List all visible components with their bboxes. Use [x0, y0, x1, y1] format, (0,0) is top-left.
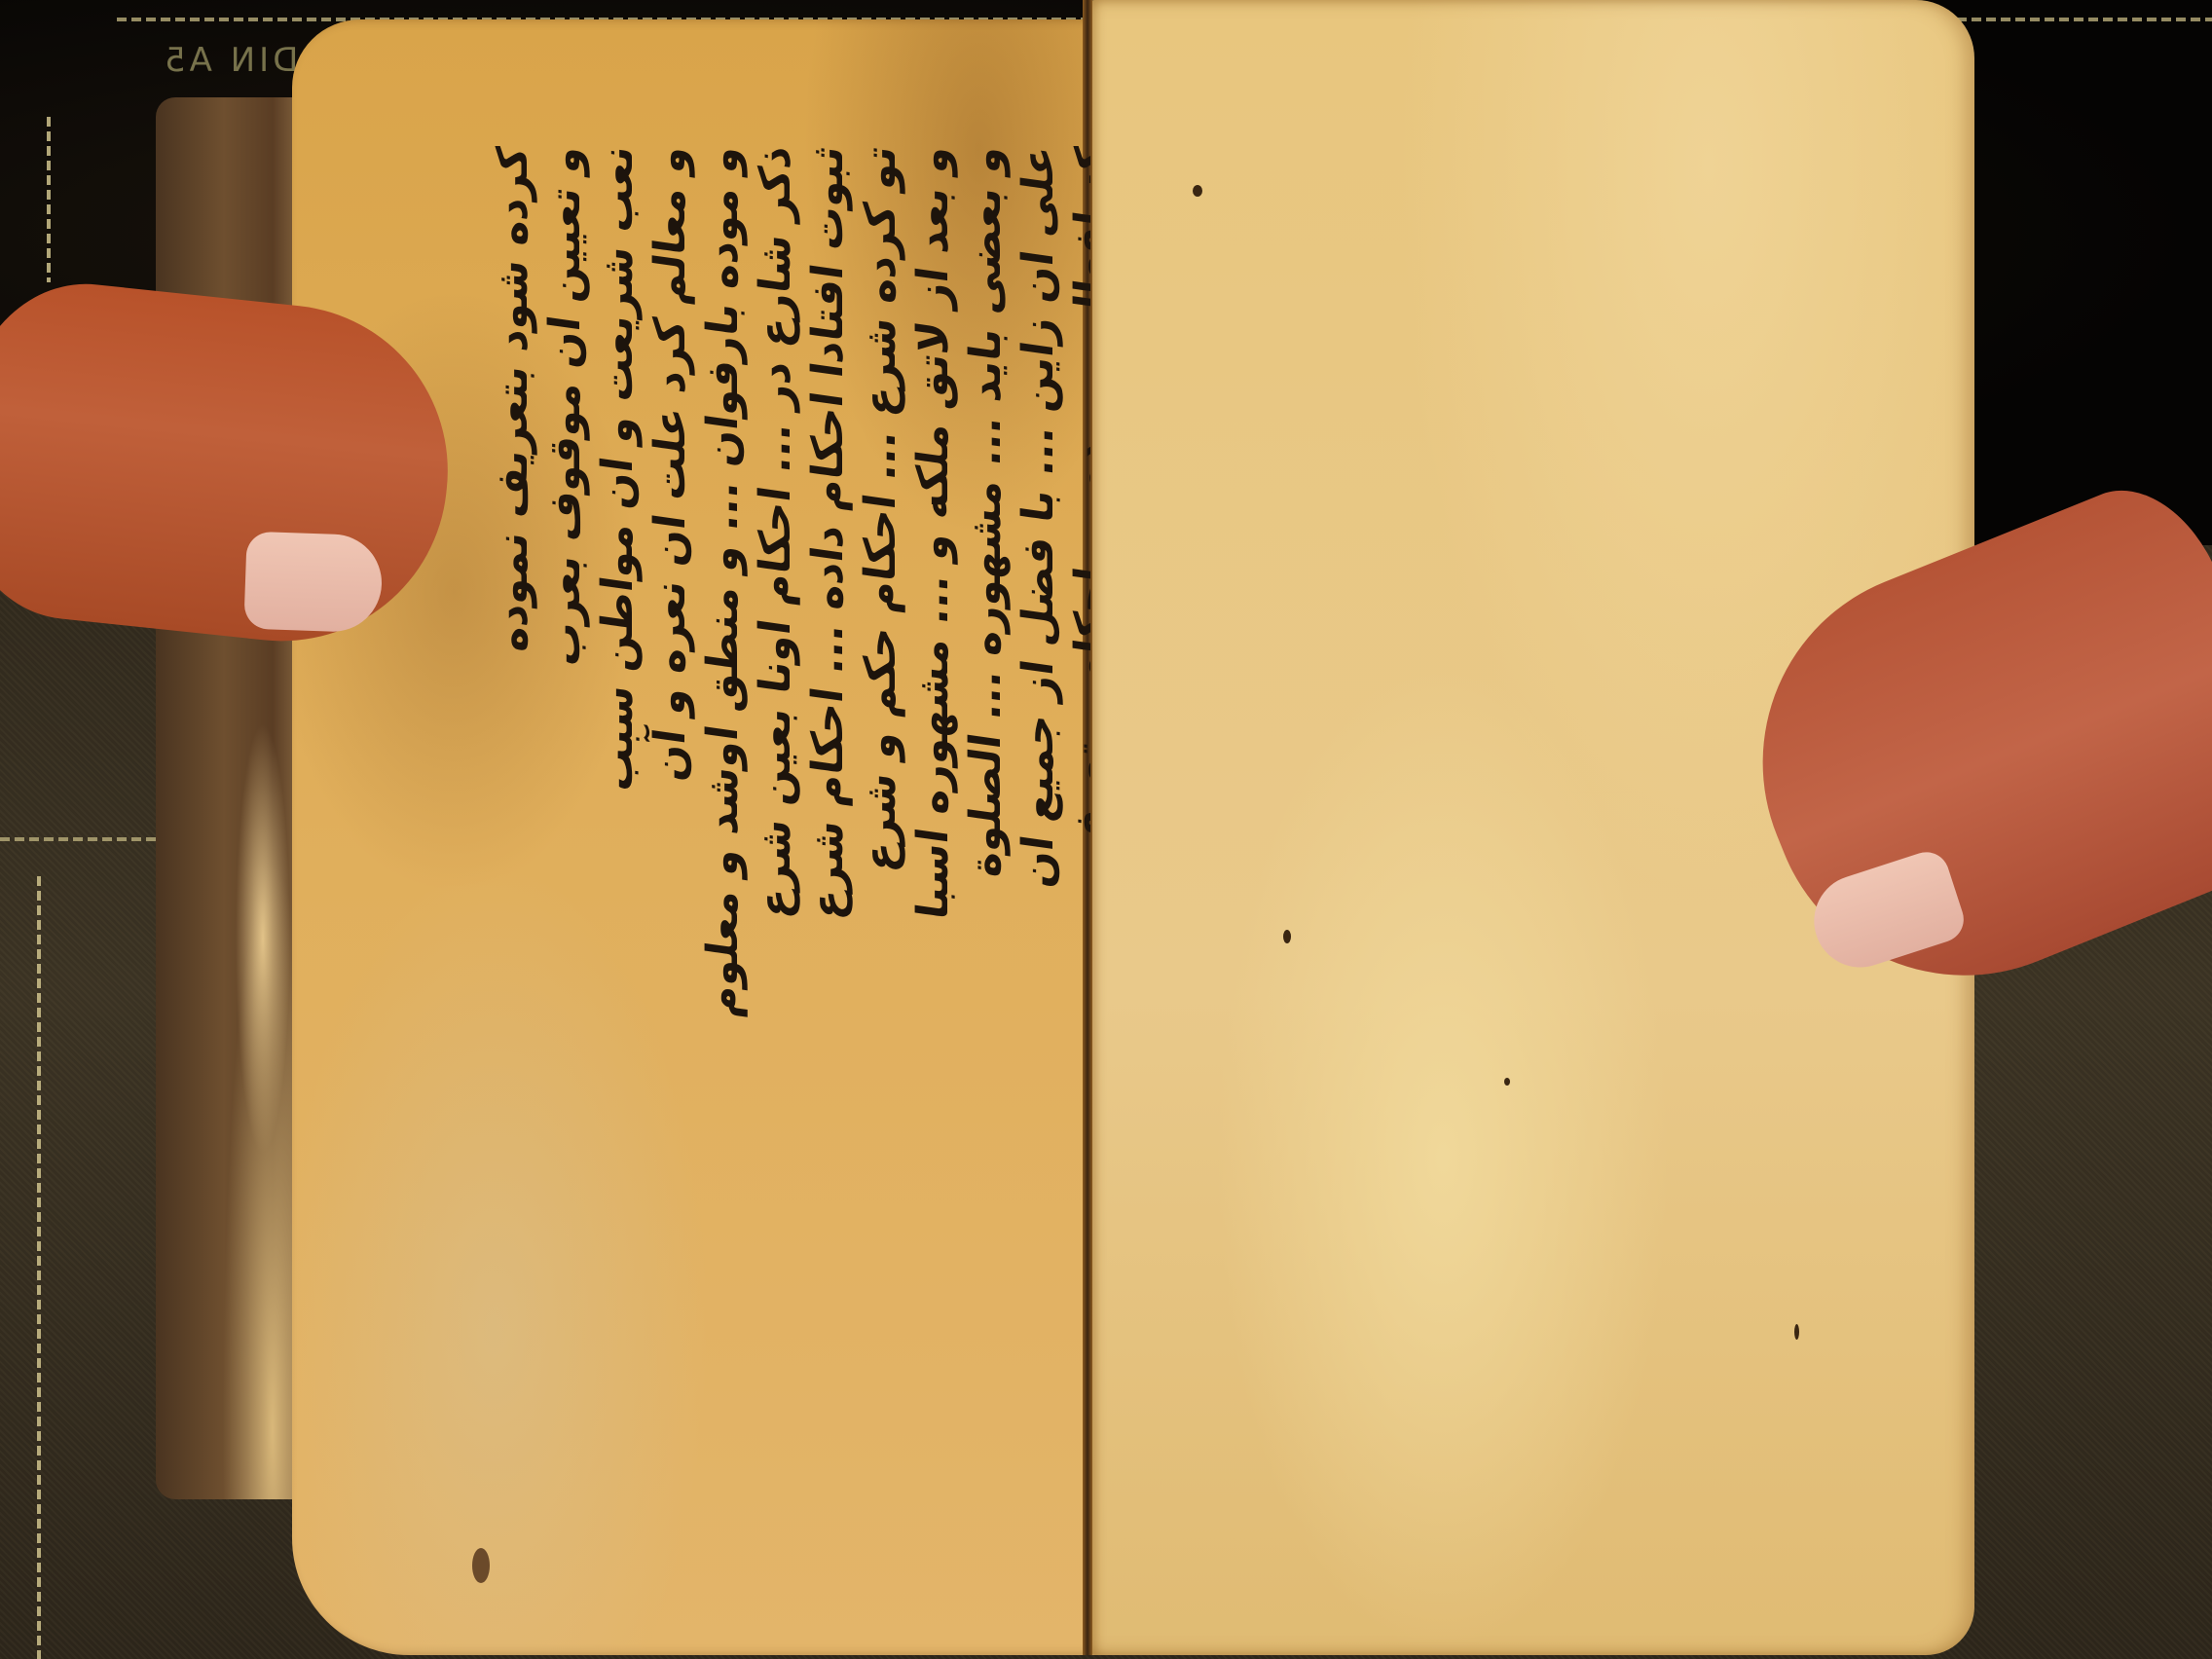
manuscript-line: که افعال و موده ... احکام و تعرف	[1065, 146, 1090, 1470]
left-fingernail	[243, 532, 383, 634]
manuscript-line: ثبوت افتادا احکام داده ... احکام شرع	[802, 146, 855, 1470]
manuscript-line: تو کرده شرع ... احکام حکم و شرع	[855, 146, 907, 1470]
gold-stitching-left-upper	[47, 117, 51, 282]
paper-speck	[472, 1548, 490, 1583]
manuscript-line: و بعد از لاتق ملکه و ... مشهوره اسبا	[907, 146, 960, 1470]
gold-stitching-left-horizontal	[0, 837, 170, 841]
manuscript-line: نعب شریعت و ان مواطن سبب	[592, 146, 645, 1470]
paper-speck	[1504, 1078, 1510, 1086]
manuscript-line: ذکر شارع در ... احکام اونا بعین شرع	[750, 146, 802, 1470]
manuscript-line: و موده بارفوان ... و منطق اوشد و معلوم	[697, 146, 750, 1470]
manuscript-line: و بعضی باید ... مشهوره ... الصلوة	[960, 146, 1013, 1470]
paper-speck	[1794, 1324, 1799, 1340]
manuscript-line: و معالم کرد علت ان نعره و آن	[645, 146, 697, 1470]
din-size-label: DIN A5	[161, 41, 298, 80]
manuscript-line: کرده شود بتعریف نموده	[487, 146, 539, 1470]
paper-speck	[1193, 185, 1202, 197]
gold-stitching-left-vertical	[37, 876, 41, 1659]
paper-speck	[1283, 930, 1291, 943]
manuscript-text-block: کرده شود بتعریف نموده و تعیین ان موقوف ب…	[487, 146, 1090, 1470]
manuscript-line: و تعیین ان موقوف بعرب	[539, 146, 592, 1470]
manuscript-line: علی ان زاین ... با فضل از جمیع ان	[1013, 146, 1065, 1470]
